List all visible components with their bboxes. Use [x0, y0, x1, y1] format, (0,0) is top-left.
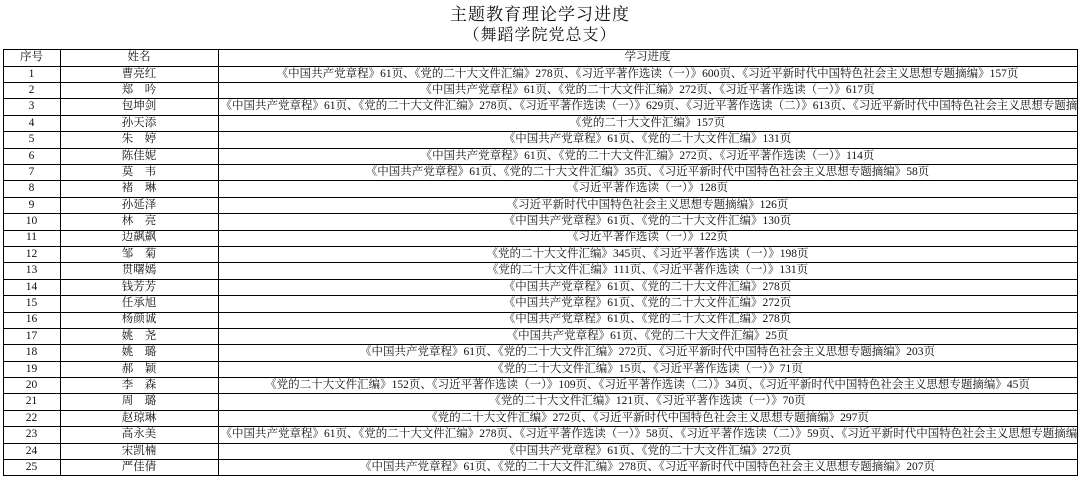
cell-name: 贯曙嫣 — [60, 263, 218, 279]
cell-no: 21 — [3, 394, 60, 410]
cell-no: 22 — [3, 410, 60, 426]
cell-no: 11 — [3, 230, 60, 246]
title-block: 主题教育理论学习进度 （舞蹈学院党总支） — [0, 0, 1080, 45]
cell-no: 9 — [3, 197, 60, 213]
cell-name: 郑 吟 — [60, 83, 218, 99]
cell-name: 宋凯楠 — [60, 443, 218, 459]
cell-progress: 《中国共产党章程》61页、《党的二十大文件汇编》278页 — [218, 312, 1077, 328]
table-row: 23高永美《中国共产党章程》61页、《党的二十大文件汇编》278页、《习近平著作… — [3, 427, 1077, 443]
cell-no: 23 — [3, 427, 60, 443]
cell-progress: 《中国共产党章程》61页、《党的二十大文件汇编》278页、《习近平著作选读（一）… — [218, 66, 1077, 82]
cell-name: 边飙飙 — [60, 230, 218, 246]
cell-name: 郝 颖 — [60, 361, 218, 377]
table-row: 9孙延泽《习近平新时代中国特色社会主义思想专题摘编》126页 — [3, 197, 1077, 213]
cell-no: 6 — [3, 148, 60, 164]
cell-name: 任承旭 — [60, 296, 218, 312]
cell-no: 5 — [3, 132, 60, 148]
table-row: 20李 森《党的二十大文件汇编》152页、《习近平著作选读（一）》109页、《习… — [3, 378, 1077, 394]
table-row: 5朱 婷《中国共产党章程》61页、《党的二十大文件汇编》131页 — [3, 132, 1077, 148]
cell-progress: 《党的二十大文件汇编》121页、《习近平著作选读（一）》70页 — [218, 394, 1077, 410]
cell-no: 8 — [3, 181, 60, 197]
table-row: 10林 亮《中国共产党章程》61页、《党的二十大文件汇编》130页 — [3, 214, 1077, 230]
cell-name: 孙天添 — [60, 115, 218, 131]
table-row: 16杨颜诚《中国共产党章程》61页、《党的二十大文件汇编》278页 — [3, 312, 1077, 328]
column-header-name: 姓名 — [60, 50, 218, 66]
cell-name: 严佳倩 — [60, 460, 218, 476]
cell-no: 3 — [3, 99, 60, 115]
cell-progress: 《中国共产党章程》61页、《党的二十大文件汇编》131页 — [218, 132, 1077, 148]
table-row: 18姚 璐《中国共产党章程》61页、《党的二十大文件汇编》272页、《习近平新时… — [3, 345, 1077, 361]
cell-no: 12 — [3, 246, 60, 262]
learning-progress-table: 序号 姓名 学习进度 1曹亮红《中国共产党章程》61页、《党的二十大文件汇编》2… — [3, 49, 1078, 476]
document-page: 主题教育理论学习进度 （舞蹈学院党总支） 序号 姓名 学习进度 1曹亮红《中国共… — [0, 0, 1080, 492]
cell-progress: 《中国共产党章程》61页、《党的二十大文件汇编》130页 — [218, 214, 1077, 230]
cell-no: 14 — [3, 279, 60, 295]
cell-progress: 《党的二十大文件汇编》15页、《习近平著作选读（一）》71页 — [218, 361, 1077, 377]
cell-progress: 《党的二十大文件汇编》111页、《习近平著作选读（一）》131页 — [218, 263, 1077, 279]
cell-progress: 《党的二十大文件汇编》157页 — [218, 115, 1077, 131]
table-row: 15任承旭《中国共产党章程》61页、《党的二十大文件汇编》272页 — [3, 296, 1077, 312]
table-row: 11边飙飙《习近平著作选读（一）》122页 — [3, 230, 1077, 246]
cell-progress: 《习近平新时代中国特色社会主义思想专题摘编》126页 — [218, 197, 1077, 213]
cell-progress: 《中国共产党章程》61页、《党的二十大文件汇编》272页、《习近平著作选读（一）… — [218, 148, 1077, 164]
cell-progress: 《中国共产党章程》61页、《党的二十大文件汇编》35页、《习近平新时代中国特色社… — [218, 164, 1077, 180]
cell-name: 杨颜诚 — [60, 312, 218, 328]
table-row: 2郑 吟《中国共产党章程》61页、《党的二十大文件汇编》272页、《习近平著作选… — [3, 83, 1077, 99]
table-row: 21周 璐《党的二十大文件汇编》121页、《习近平著作选读（一）》70页 — [3, 394, 1077, 410]
table-row: 4孙天添《党的二十大文件汇编》157页 — [3, 115, 1077, 131]
cell-name: 赵琼琳 — [60, 410, 218, 426]
table-body: 1曹亮红《中国共产党章程》61页、《党的二十大文件汇编》278页、《习近平著作选… — [3, 66, 1077, 476]
cell-no: 18 — [3, 345, 60, 361]
table-row: 19郝 颖《党的二十大文件汇编》15页、《习近平著作选读（一）》71页 — [3, 361, 1077, 377]
cell-no: 13 — [3, 263, 60, 279]
cell-no: 25 — [3, 460, 60, 476]
cell-no: 24 — [3, 443, 60, 459]
table-row: 17姚 尧《中国共产党章程》61页、《党的二十大文件汇编》25页 — [3, 328, 1077, 344]
cell-progress: 《习近平著作选读（一）》128页 — [218, 181, 1077, 197]
table-row: 24宋凯楠《中国共产党章程》61页、《党的二十大文件汇编》272页 — [3, 443, 1077, 459]
cell-no: 2 — [3, 83, 60, 99]
cell-name: 莫 韦 — [60, 164, 218, 180]
cell-name: 包坤剑 — [60, 99, 218, 115]
table-row: 25严佳倩《中国共产党章程》61页、《党的二十大文件汇编》278页、《习近平新时… — [3, 460, 1077, 476]
cell-name: 孙延泽 — [60, 197, 218, 213]
cell-no: 7 — [3, 164, 60, 180]
cell-no: 19 — [3, 361, 60, 377]
cell-progress: 《习近平著作选读（一）》122页 — [218, 230, 1077, 246]
table-header-row: 序号 姓名 学习进度 — [3, 50, 1077, 66]
cell-progress: 《党的二十大文件汇编》152页、《习近平著作选读（一）》109页、《习近平著作选… — [218, 378, 1077, 394]
cell-no: 1 — [3, 66, 60, 82]
cell-name: 姚 璐 — [60, 345, 218, 361]
table-row: 7莫 韦《中国共产党章程》61页、《党的二十大文件汇编》35页、《习近平新时代中… — [3, 164, 1077, 180]
cell-name: 姚 尧 — [60, 328, 218, 344]
table-row: 3包坤剑《中国共产党章程》61页、《党的二十大文件汇编》278页、《习近平著作选… — [3, 99, 1077, 115]
page-title: 主题教育理论学习进度 — [0, 5, 1080, 26]
table-row: 14钱芳芳《中国共产党章程》61页、《党的二十大文件汇编》278页 — [3, 279, 1077, 295]
cell-no: 15 — [3, 296, 60, 312]
table-row: 12邹 菊《党的二十大文件汇编》345页、《习近平著作选读（一）》198页 — [3, 246, 1077, 262]
cell-progress: 《中国共产党章程》61页、《党的二十大文件汇编》278页 — [218, 279, 1077, 295]
cell-name: 褚 琳 — [60, 181, 218, 197]
cell-name: 钱芳芳 — [60, 279, 218, 295]
cell-no: 10 — [3, 214, 60, 230]
cell-progress: 《中国共产党章程》61页、《党的二十大文件汇编》278页、《习近平新时代中国特色… — [218, 460, 1077, 476]
cell-no: 16 — [3, 312, 60, 328]
cell-progress: 《中国共产党章程》61页、《党的二十大文件汇编》278页、《习近平著作选读（一）… — [218, 427, 1077, 443]
table-row: 1曹亮红《中国共产党章程》61页、《党的二十大文件汇编》278页、《习近平著作选… — [3, 66, 1077, 82]
cell-name: 曹亮红 — [60, 66, 218, 82]
table-row: 13贯曙嫣《党的二十大文件汇编》111页、《习近平著作选读（一）》131页 — [3, 263, 1077, 279]
cell-no: 20 — [3, 378, 60, 394]
cell-name: 李 森 — [60, 378, 218, 394]
cell-name: 周 璐 — [60, 394, 218, 410]
column-header-no: 序号 — [3, 50, 60, 66]
cell-progress: 《中国共产党章程》61页、《党的二十大文件汇编》272页、《习近平新时代中国特色… — [218, 345, 1077, 361]
table-row: 8褚 琳《习近平著作选读（一）》128页 — [3, 181, 1077, 197]
cell-name: 高永美 — [60, 427, 218, 443]
cell-no: 17 — [3, 328, 60, 344]
cell-no: 4 — [3, 115, 60, 131]
cell-progress: 《中国共产党章程》61页、《党的二十大文件汇编》272页 — [218, 296, 1077, 312]
cell-name: 林 亮 — [60, 214, 218, 230]
cell-progress: 《党的二十大文件汇编》345页、《习近平著作选读（一）》198页 — [218, 246, 1077, 262]
cell-name: 邹 菊 — [60, 246, 218, 262]
column-header-progress: 学习进度 — [218, 50, 1077, 66]
cell-progress: 《党的二十大文件汇编》272页、《习近平新时代中国特色社会主义思想专题摘编》29… — [218, 410, 1077, 426]
page-subtitle: （舞蹈学院党总支） — [0, 26, 1080, 46]
cell-name: 陈佳妮 — [60, 148, 218, 164]
cell-progress: 《中国共产党章程》61页、《党的二十大文件汇编》278页、《习近平著作选读（一）… — [218, 99, 1077, 115]
cell-progress: 《中国共产党章程》61页、《党的二十大文件汇编》272页、《习近平著作选读（一）… — [218, 83, 1077, 99]
cell-name: 朱 婷 — [60, 132, 218, 148]
cell-progress: 《中国共产党章程》61页、《党的二十大文件汇编》272页 — [218, 443, 1077, 459]
table-row: 22赵琼琳《党的二十大文件汇编》272页、《习近平新时代中国特色社会主义思想专题… — [3, 410, 1077, 426]
table-row: 6陈佳妮《中国共产党章程》61页、《党的二十大文件汇编》272页、《习近平著作选… — [3, 148, 1077, 164]
cell-progress: 《中国共产党章程》61页、《党的二十大文件汇编》25页 — [218, 328, 1077, 344]
